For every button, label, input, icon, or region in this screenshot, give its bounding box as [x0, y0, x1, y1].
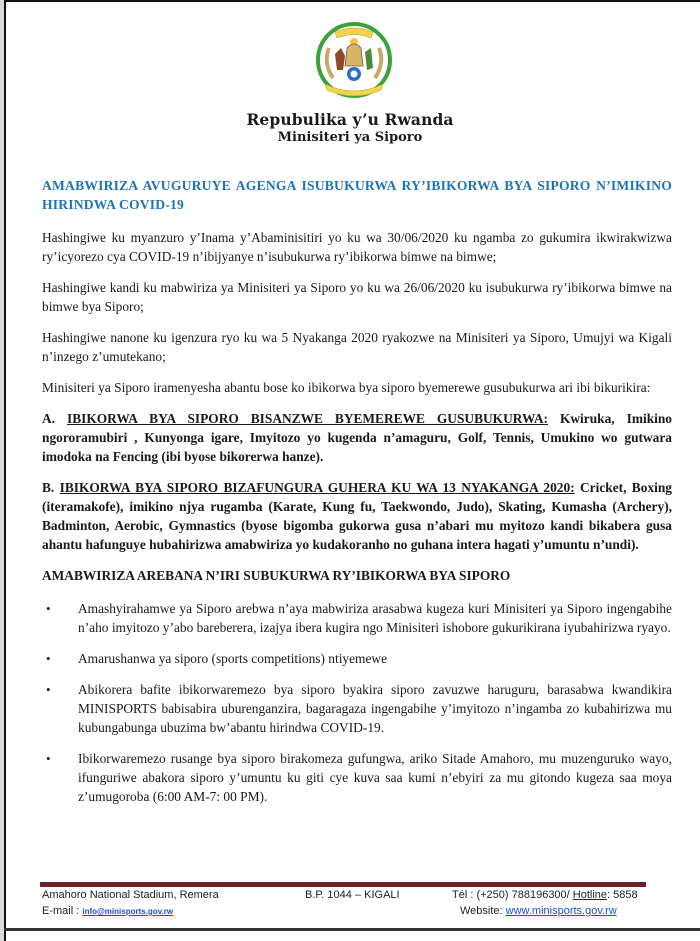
footer-divider: [40, 882, 646, 887]
website-label: Website:: [460, 905, 506, 917]
section-b: B. IBIKORWA BYA SIPORO BIZAFUNGURA GUHER…: [42, 478, 672, 554]
paragraph-3: Hashingiwe nanone ku igenzura ryo ku wa …: [42, 328, 672, 366]
bullet-icon: •: [46, 649, 51, 668]
list-item: •Amarushanwa ya siporo (sports competiti…: [42, 649, 672, 668]
section-a-letter: A.: [42, 411, 55, 426]
section-a: A. IBIKORWA BYA SIPORO BISANZWE BYEMEREW…: [42, 409, 672, 466]
footer-email: E-mail : info@minisports.gov.rw: [42, 905, 173, 917]
email-link[interactable]: info@minisports.gov.rw: [82, 907, 173, 916]
paragraph-4: Minisiteri ya Siporo iramenyesha abantu …: [42, 378, 672, 397]
bullet-icon: •: [46, 749, 51, 768]
list-item-text: Amashyirahamwe ya Siporo arebwa n’aya ma…: [78, 601, 672, 635]
next-page-edge: [4, 931, 700, 941]
section-a-heading: IBIKORWA BYA SIPORO BISANZWE BYEMEREWE G…: [67, 411, 548, 426]
hotline-label: Hotline: [573, 889, 607, 901]
document-body: AMABWIRIZA AVUGURUYE AGENGA ISUBUKURWA R…: [42, 176, 672, 818]
footer-po-box: B.P. 1044 – KIGALI: [305, 889, 400, 901]
footer-address: Amahoro National Stadium, Remera: [42, 889, 219, 901]
list-item: •Abikorera bafite ibikorwaremezo bya sip…: [42, 680, 672, 737]
list-item: •Ibikorwaremezo rusange bya siporo birak…: [42, 749, 672, 806]
footer-phone: Tél : (+250) 788196300/ Hotline: 5858: [452, 889, 638, 901]
list-item-text: Ibikorwaremezo rusange bya siporo birako…: [78, 751, 672, 804]
bullet-icon: •: [46, 599, 51, 618]
email-label: E-mail :: [42, 905, 82, 917]
guidelines-subheading: AMABWIRIZA AREBANA N’IRI SUBUKURWA RY’IB…: [42, 566, 672, 585]
footer: Amahoro National Stadium, Remera B.P. 10…: [42, 889, 662, 921]
section-b-letter: B.: [42, 480, 54, 495]
paragraph-1: Hashingiwe ku myanzuro y’Inama y’Abamini…: [42, 228, 672, 266]
website-link[interactable]: www.minisports.gov.rw: [506, 905, 617, 917]
guidelines-list: •Amashyirahamwe ya Siporo arebwa n’aya m…: [42, 599, 672, 806]
ministry-subtitle: Minisiteri ya Siporo: [0, 130, 700, 145]
rwanda-coat-of-arms-icon: [311, 18, 397, 104]
section-b-heading: IBIKORWA BYA SIPORO BIZAFUNGURA GUHERA K…: [60, 480, 575, 495]
list-item-text: Amarushanwa ya siporo (sports competitio…: [78, 651, 387, 666]
list-item: •Amashyirahamwe ya Siporo arebwa n’aya m…: [42, 599, 672, 637]
footer-website: Website: www.minisports.gov.rw: [460, 905, 617, 917]
paragraph-2: Hashingiwe kandi ku mabwiriza ya Minisit…: [42, 278, 672, 316]
republic-title: Repubulika y’u Rwanda: [0, 110, 700, 129]
hotline-number: : 5858: [607, 889, 638, 901]
list-item-text: Abikorera bafite ibikorwaremezo bya sipo…: [78, 682, 672, 735]
bullet-icon: •: [46, 680, 51, 699]
document-title: AMABWIRIZA AVUGURUYE AGENGA ISUBUKURWA R…: [42, 176, 672, 214]
footer-phone-number: Tél : (+250) 788196300/: [452, 889, 573, 901]
